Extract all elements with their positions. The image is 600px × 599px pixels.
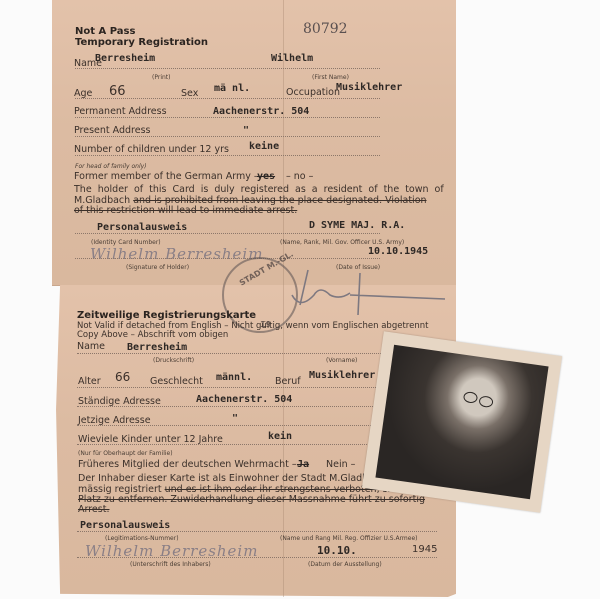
officer-caption-de: (Name und Rang Mil. Reg. Offizier U.S.Ar… (280, 535, 418, 542)
permanent-address-value-de: Aachenerstr. 504 (196, 394, 292, 405)
head-of-family-caption: For head of family only) (75, 163, 147, 170)
id-card-number-de: Personalausweis (80, 520, 170, 531)
year-de: 1945 (412, 544, 437, 555)
signature-caption: (Signature of Holder) (126, 264, 189, 271)
notice-de-3: Platz zu entfernen. Zuwiderhandlung dies… (78, 495, 425, 506)
present-address-line-de (77, 425, 397, 426)
permanent-address-label: Permanent Address (74, 106, 167, 117)
holder-signature-top: Wilhelm Berresheim (90, 245, 263, 263)
present-address-label: Present Address (74, 125, 151, 136)
sex-value-de: männl. (216, 372, 252, 383)
army-no-de: Nein – (326, 459, 355, 470)
date-issue-de: 10.10. (317, 544, 357, 557)
surname-value: Berresheim (95, 53, 155, 64)
sig-line-de (77, 557, 437, 558)
id-line (75, 233, 380, 234)
sex-value: mä nl. (214, 83, 250, 94)
officer-signature (280, 265, 460, 325)
army-label: Former member of the German Army – (74, 171, 259, 182)
age-value: 66 (109, 84, 126, 99)
german-card-title: Zeitweilige Registrierungskarte (77, 310, 256, 321)
occupation-value-de: Musiklehrer (309, 370, 375, 381)
notice-de-1: Der Inhaber dieser Karte ist als Einwohn… (78, 474, 385, 485)
occupation-value: Musiklehrer (336, 82, 402, 93)
age-line-de (77, 387, 422, 388)
children-line (75, 155, 380, 156)
present-address-value: " (243, 125, 249, 136)
id-card-caption-de: (Legitimations-Nummer) (105, 535, 179, 542)
army-yes-struck-de: Ja (297, 459, 309, 470)
children-label: Number of children under 12 yrs (74, 144, 229, 155)
vorname-caption: (Vorname) (326, 357, 357, 364)
date-caption-de: (Datum der Ausstellung) (308, 561, 382, 568)
notice-line-3: of this restriction will lead to immedia… (74, 206, 297, 217)
serial-number: 80792 (303, 21, 348, 37)
occupation-label-de: Beruf (275, 376, 301, 387)
druckschrift-caption: (Druckschrift) (153, 357, 194, 364)
present-address-line (75, 136, 380, 137)
name-line (75, 68, 380, 69)
children-value: keine (249, 141, 279, 152)
first-name-caption: (First Name) (312, 74, 349, 81)
children-line-de (77, 444, 387, 445)
id-card-number: Personalausweis (97, 222, 187, 233)
portrait-photo (362, 331, 562, 513)
officer-name: D SYME MAJ. R.A. (309, 220, 405, 231)
notice-line-1: The holder of this Card is duly register… (74, 185, 444, 196)
portrait-image (375, 345, 548, 499)
sex-label-de: Geschlecht (150, 376, 203, 387)
age-line (75, 98, 380, 99)
army-label-de: Früheres Mitglied der deutschen Wehrmach… (78, 459, 297, 470)
permanent-address-value: Aachenerstr. 504 (213, 106, 309, 117)
present-address-value-de: " (232, 413, 238, 424)
signature-caption-de: (Unterschrift des Inhabers) (130, 561, 211, 568)
children-value-de: kein (268, 431, 292, 442)
glasses-icon (463, 391, 478, 404)
surname-value-de: Berresheim (127, 342, 187, 353)
glasses-icon-2 (478, 395, 493, 408)
date-issue-top: 10.10.1945 (368, 246, 428, 257)
id-line-de (77, 531, 437, 532)
army-yes-struck: yes (257, 171, 275, 182)
permanent-address-line-de (77, 406, 407, 407)
german-subtitle-2: Copy Above – Abschrift vom obigen (77, 330, 228, 340)
notice-de-4: Arrest. (78, 505, 109, 516)
occupation-label: Occupation (286, 87, 340, 98)
card-title-2: Temporary Registration (75, 37, 208, 48)
sig-line (75, 258, 380, 259)
first-name-value: Wilhelm (271, 53, 313, 64)
age-label-de: Alter (78, 376, 101, 387)
army-no: – no – (286, 171, 313, 182)
card-title-1: Not A Pass (75, 26, 135, 37)
permanent-address-line (75, 117, 380, 118)
age-value-de: 66 (115, 370, 130, 384)
print-caption: (Print) (152, 74, 170, 81)
head-of-family-caption-de: (Nur für Oberhaupt der Familie) (78, 450, 173, 457)
officer-caption: (Name, Rank, Mil. Gov. Officer U.S. Army… (280, 239, 404, 246)
name-label-de: Name (77, 341, 105, 352)
